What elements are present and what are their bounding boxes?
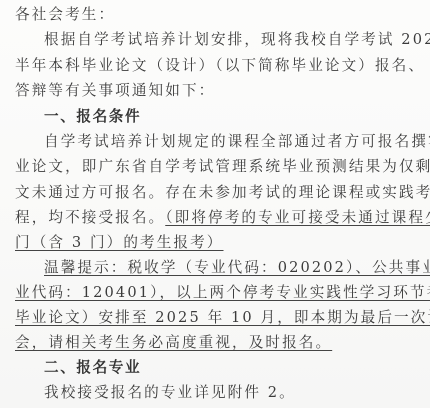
intro-line-3: 答辩等有关事项通知如下： <box>15 81 417 101</box>
section-1-line-4: 程，均不接受报名。（即将停考的专业可接受未通过课程少于 3 <box>15 208 417 228</box>
section-1-heading: 一、报名条件 <box>44 107 417 127</box>
document-page: 各社会考生： 根据自学考试培养计划安排，现将我校自学考试 2025 年下 半年本… <box>0 0 430 408</box>
section-2-line-1: 我校接受报名的专业详见附件 2。 <box>44 383 417 403</box>
section-2-heading: 二、报名专业 <box>44 358 417 378</box>
tip-text-3: 毕业论文）安排至 2025 年 10 月，即本期为最后一次论文报名机 <box>15 309 430 326</box>
section-1-line-2: 业论文，即广东省自学考试管理系统毕业预测结果为仅剩毕业论 <box>15 157 417 177</box>
tip-text-2: 业代码：120401），以上两个停考专业实践性学习环节考核（含 <box>15 284 430 301</box>
tip-line-3: 毕业论文）安排至 2025 年 10 月，即本期为最后一次论文报名机 <box>15 308 417 328</box>
underlined-note: （即将停考的专业可接受未通过课程少于 3 <box>165 209 430 226</box>
section-1-line-3: 文未通过方可报名。存在未参加考试的理论课程或实践考核课 <box>15 183 417 203</box>
intro-line-2: 半年本科毕业论文（设计）（以下简称毕业论文）报名、 撰写、 <box>15 56 417 76</box>
plain-text: 程，均不接受报名。 <box>15 209 165 226</box>
tip-line-2: 业代码：120401），以上两个停考专业实践性学习环节考核（含 <box>15 283 417 303</box>
section-1-line-1: 自学考试培养计划规定的课程全部通过者方可报名撰写毕 <box>44 132 417 152</box>
tip-text-4: 会，请相关考生务必高度重视，及时报名。 <box>15 334 332 351</box>
intro-line-1: 根据自学考试培养计划安排，现将我校自学考试 2025 年下 <box>44 30 417 50</box>
tip-text-1: 温馨提示：税收学（专业代码：020202）、公共事业管理（专 <box>44 259 430 276</box>
underlined-note-end: 门（含 3 门）的考生报考） <box>15 234 224 251</box>
salutation: 各社会考生： <box>15 5 417 25</box>
tip-line-1: 温馨提示：税收学（专业代码：020202）、公共事业管理（专 <box>44 258 417 278</box>
section-1-line-5: 门（含 3 门）的考生报考） <box>15 233 417 253</box>
tip-line-4: 会，请相关考生务必高度重视，及时报名。 <box>15 333 417 353</box>
